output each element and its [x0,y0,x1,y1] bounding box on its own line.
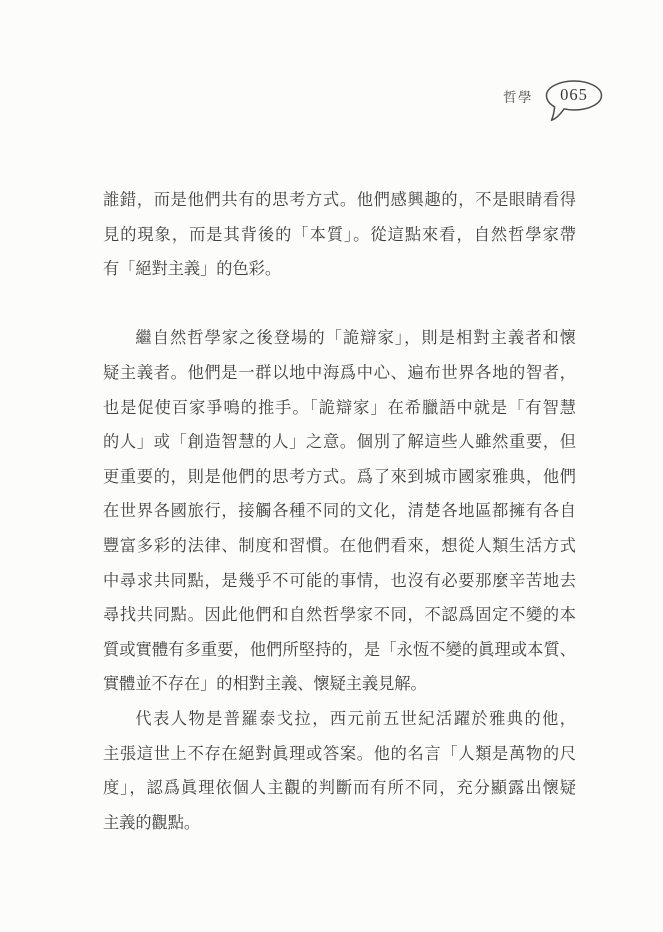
text-line: 更重要的，則是他們的思考方式。爲了來到城市國家雅典，他們 [103,460,576,495]
text-line: 中尋求共同點，是幾乎不可能的事情，也沒有必要那麼辛苦地去 [103,564,576,599]
book-page: 哲學 065 誰錯，而是他們共有的思考方式。他們感興趣的，不是眼睛看得 見的現象… [0,0,663,932]
text-line: 有「絕對主義」的色彩。 [103,252,576,287]
text-line: 也是促使百家爭鳴的推手。「詭辯家」在希臘語中就是「有智慧 [103,391,576,426]
text-line: 在世界各國旅行，接觸各種不同的文化，清楚各地區都擁有各自 [103,494,576,529]
text-line: 誰錯，而是他們共有的思考方式。他們感興趣的，不是眼睛看得 [103,183,576,218]
text-line: 尋找共同點。因此他們和自然哲學家不同，不認爲固定不變的本 [103,598,576,633]
text-line: 質或實體有多重要，他們所堅持的，是「永恆不變的眞理或本質、 [103,633,576,668]
section-label: 哲學 [503,86,533,106]
page-number: 065 [544,85,604,105]
paragraph: 誰錯，而是他們共有的思考方式。他們感興趣的，不是眼睛看得 見的現象，而是其背後的… [103,183,576,287]
text-line: 豐富多彩的法律、制度和習慣。在他們看來，想從人類生活方式 [103,529,576,564]
paragraph: 代表人物是普羅泰戈拉，西元前五世紀活躍於雅典的他， 主張這世上不存在絕對眞理或答… [103,702,576,840]
text-line: 度」，認爲眞理依個人主觀的判斷而有所不同，充分顯露出懷疑 [103,771,576,806]
text-line: 見的現象，而是其背後的「本質」。從這點來看，自然哲學家帶 [103,218,576,253]
text-line: 繼自然哲學家之後登場的「詭辯家」，則是相對主義者和懷 [103,321,576,356]
text-line: 疑主義者。他們是一群以地中海爲中心、遍布世界各地的智者， [103,356,576,391]
text-line: 代表人物是普羅泰戈拉，西元前五世紀活躍於雅典的他， [103,702,576,737]
text-line: 實體並不存在」的相對主義、懷疑主義見解。 [103,667,576,702]
text-line: 的人」或「創造智慧的人」之意。個別了解這些人雖然重要，但 [103,425,576,460]
body-text: 誰錯，而是他們共有的思考方式。他們感興趣的，不是眼睛看得 見的現象，而是其背後的… [103,183,576,840]
text-line: 主張這世上不存在絕對眞理或答案。他的名言「人類是萬物的尺 [103,737,576,772]
text-line: 主義的觀點。 [103,806,576,841]
paragraph: 繼自然哲學家之後登場的「詭辯家」，則是相對主義者和懷 疑主義者。他們是一群以地中… [103,321,576,702]
page-header: 哲學 065 [503,79,604,122]
page-number-bubble: 065 [544,79,604,122]
